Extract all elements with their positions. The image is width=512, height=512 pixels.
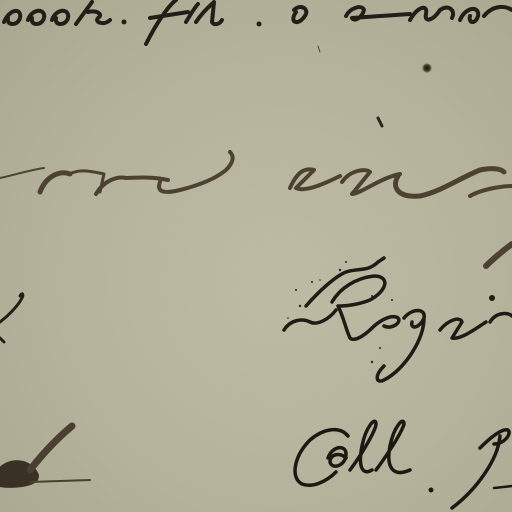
line-4-left-script (0, 426, 90, 483)
line-2-script (0, 152, 512, 196)
line-1-script (4, 0, 512, 44)
handwriting-strokes (0, 0, 512, 512)
line-4-script (295, 421, 512, 508)
line-3-left-script (0, 294, 23, 342)
line-3-script (284, 258, 512, 381)
manuscript-page: ...ook. fil. & Thos... ...ern ins... ...… (0, 0, 512, 512)
